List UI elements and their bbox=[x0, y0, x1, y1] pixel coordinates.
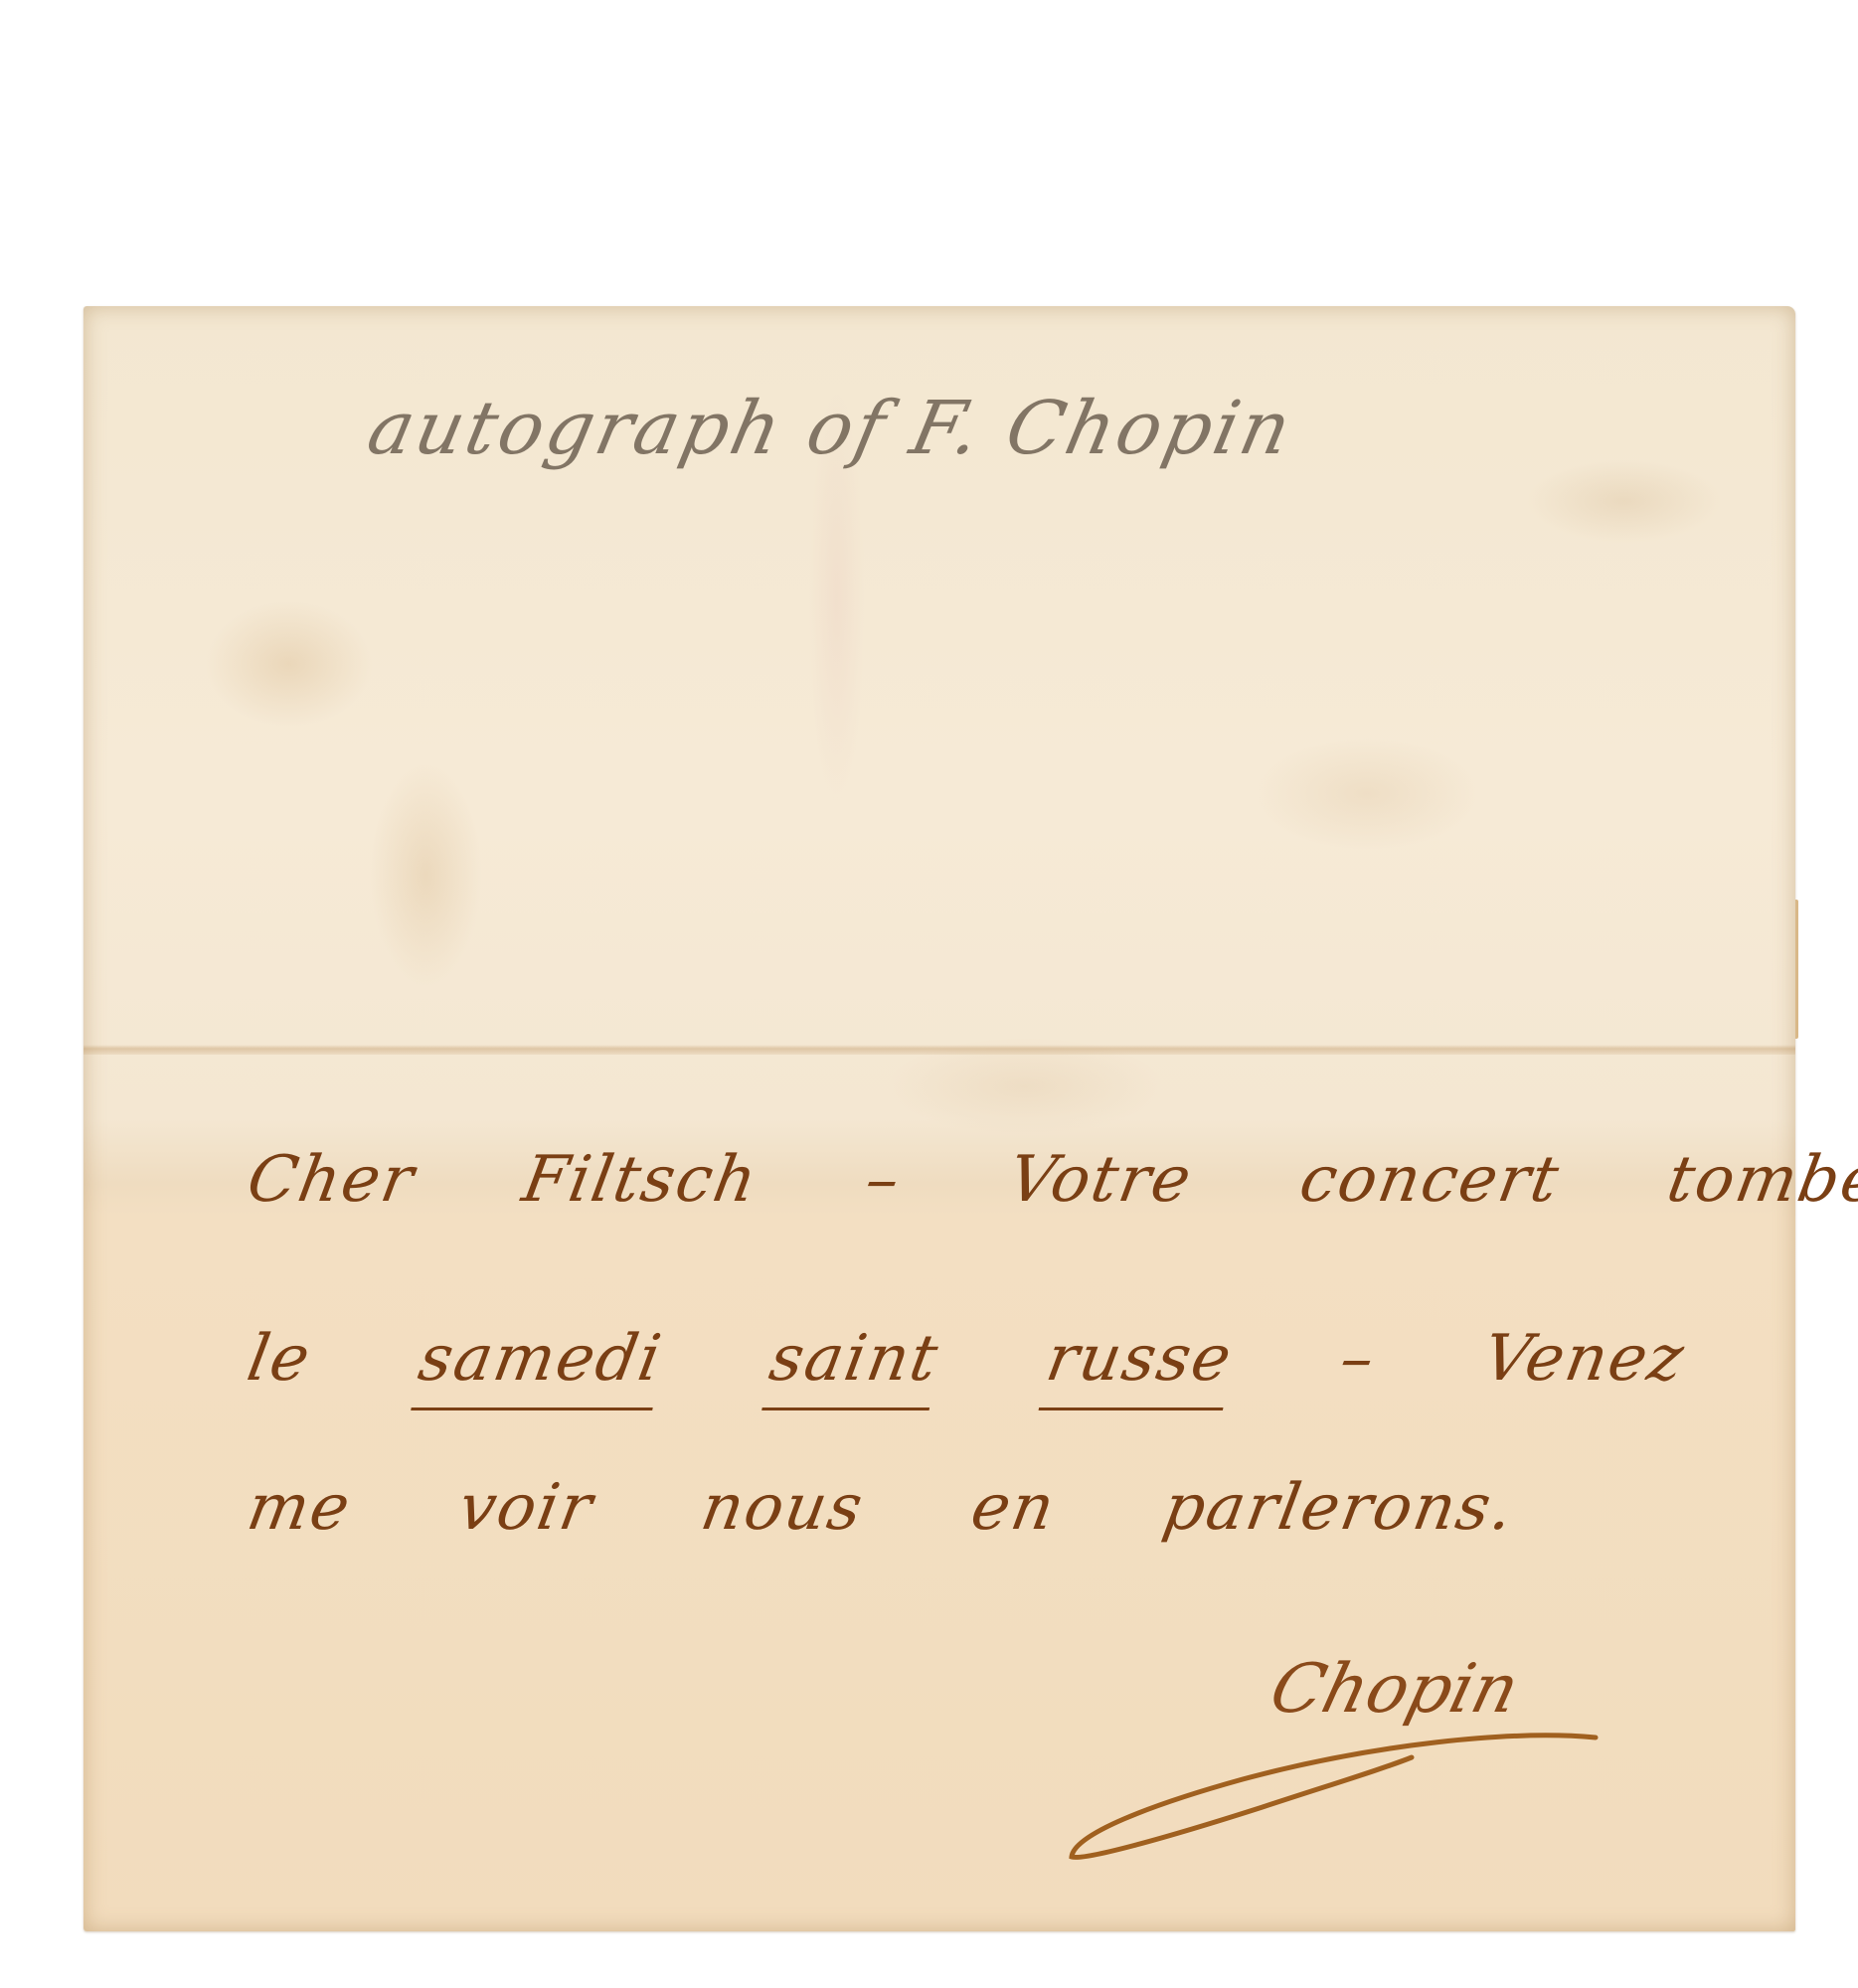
word: parlerons. bbox=[1158, 1471, 1521, 1545]
word: – bbox=[860, 1143, 907, 1217]
word: Venez bbox=[1478, 1322, 1691, 1396]
word: le bbox=[242, 1322, 316, 1396]
letter-line-2: le samedi saint russe – Venez bbox=[242, 1322, 1799, 1396]
word: Filtsch bbox=[517, 1143, 763, 1217]
word: me bbox=[242, 1471, 357, 1545]
word: tombe bbox=[1662, 1143, 1858, 1217]
letter-line-1: Cher Filtsch – Votre concert tombe bbox=[242, 1143, 1858, 1217]
word: nous bbox=[696, 1471, 870, 1545]
underlined-word: saint bbox=[764, 1322, 944, 1396]
letter-line-3: me voir nous en parlerons. bbox=[242, 1471, 1629, 1545]
word: Cher bbox=[242, 1143, 421, 1217]
letter-paper bbox=[84, 306, 1795, 1931]
underlined-word: russe bbox=[1041, 1322, 1238, 1396]
fold-crease bbox=[84, 1045, 1795, 1055]
attribution-note: autograph of F. Chopin bbox=[361, 386, 1301, 471]
signature-flourish-icon bbox=[1044, 1690, 1601, 1869]
word: – bbox=[1335, 1322, 1382, 1396]
word: voir bbox=[453, 1471, 599, 1545]
word: en bbox=[966, 1471, 1062, 1545]
underlined-word: samedi bbox=[414, 1322, 668, 1396]
word: concert bbox=[1294, 1143, 1566, 1217]
word: Votre bbox=[1003, 1143, 1198, 1217]
paper-edge-tab bbox=[1795, 900, 1798, 1039]
